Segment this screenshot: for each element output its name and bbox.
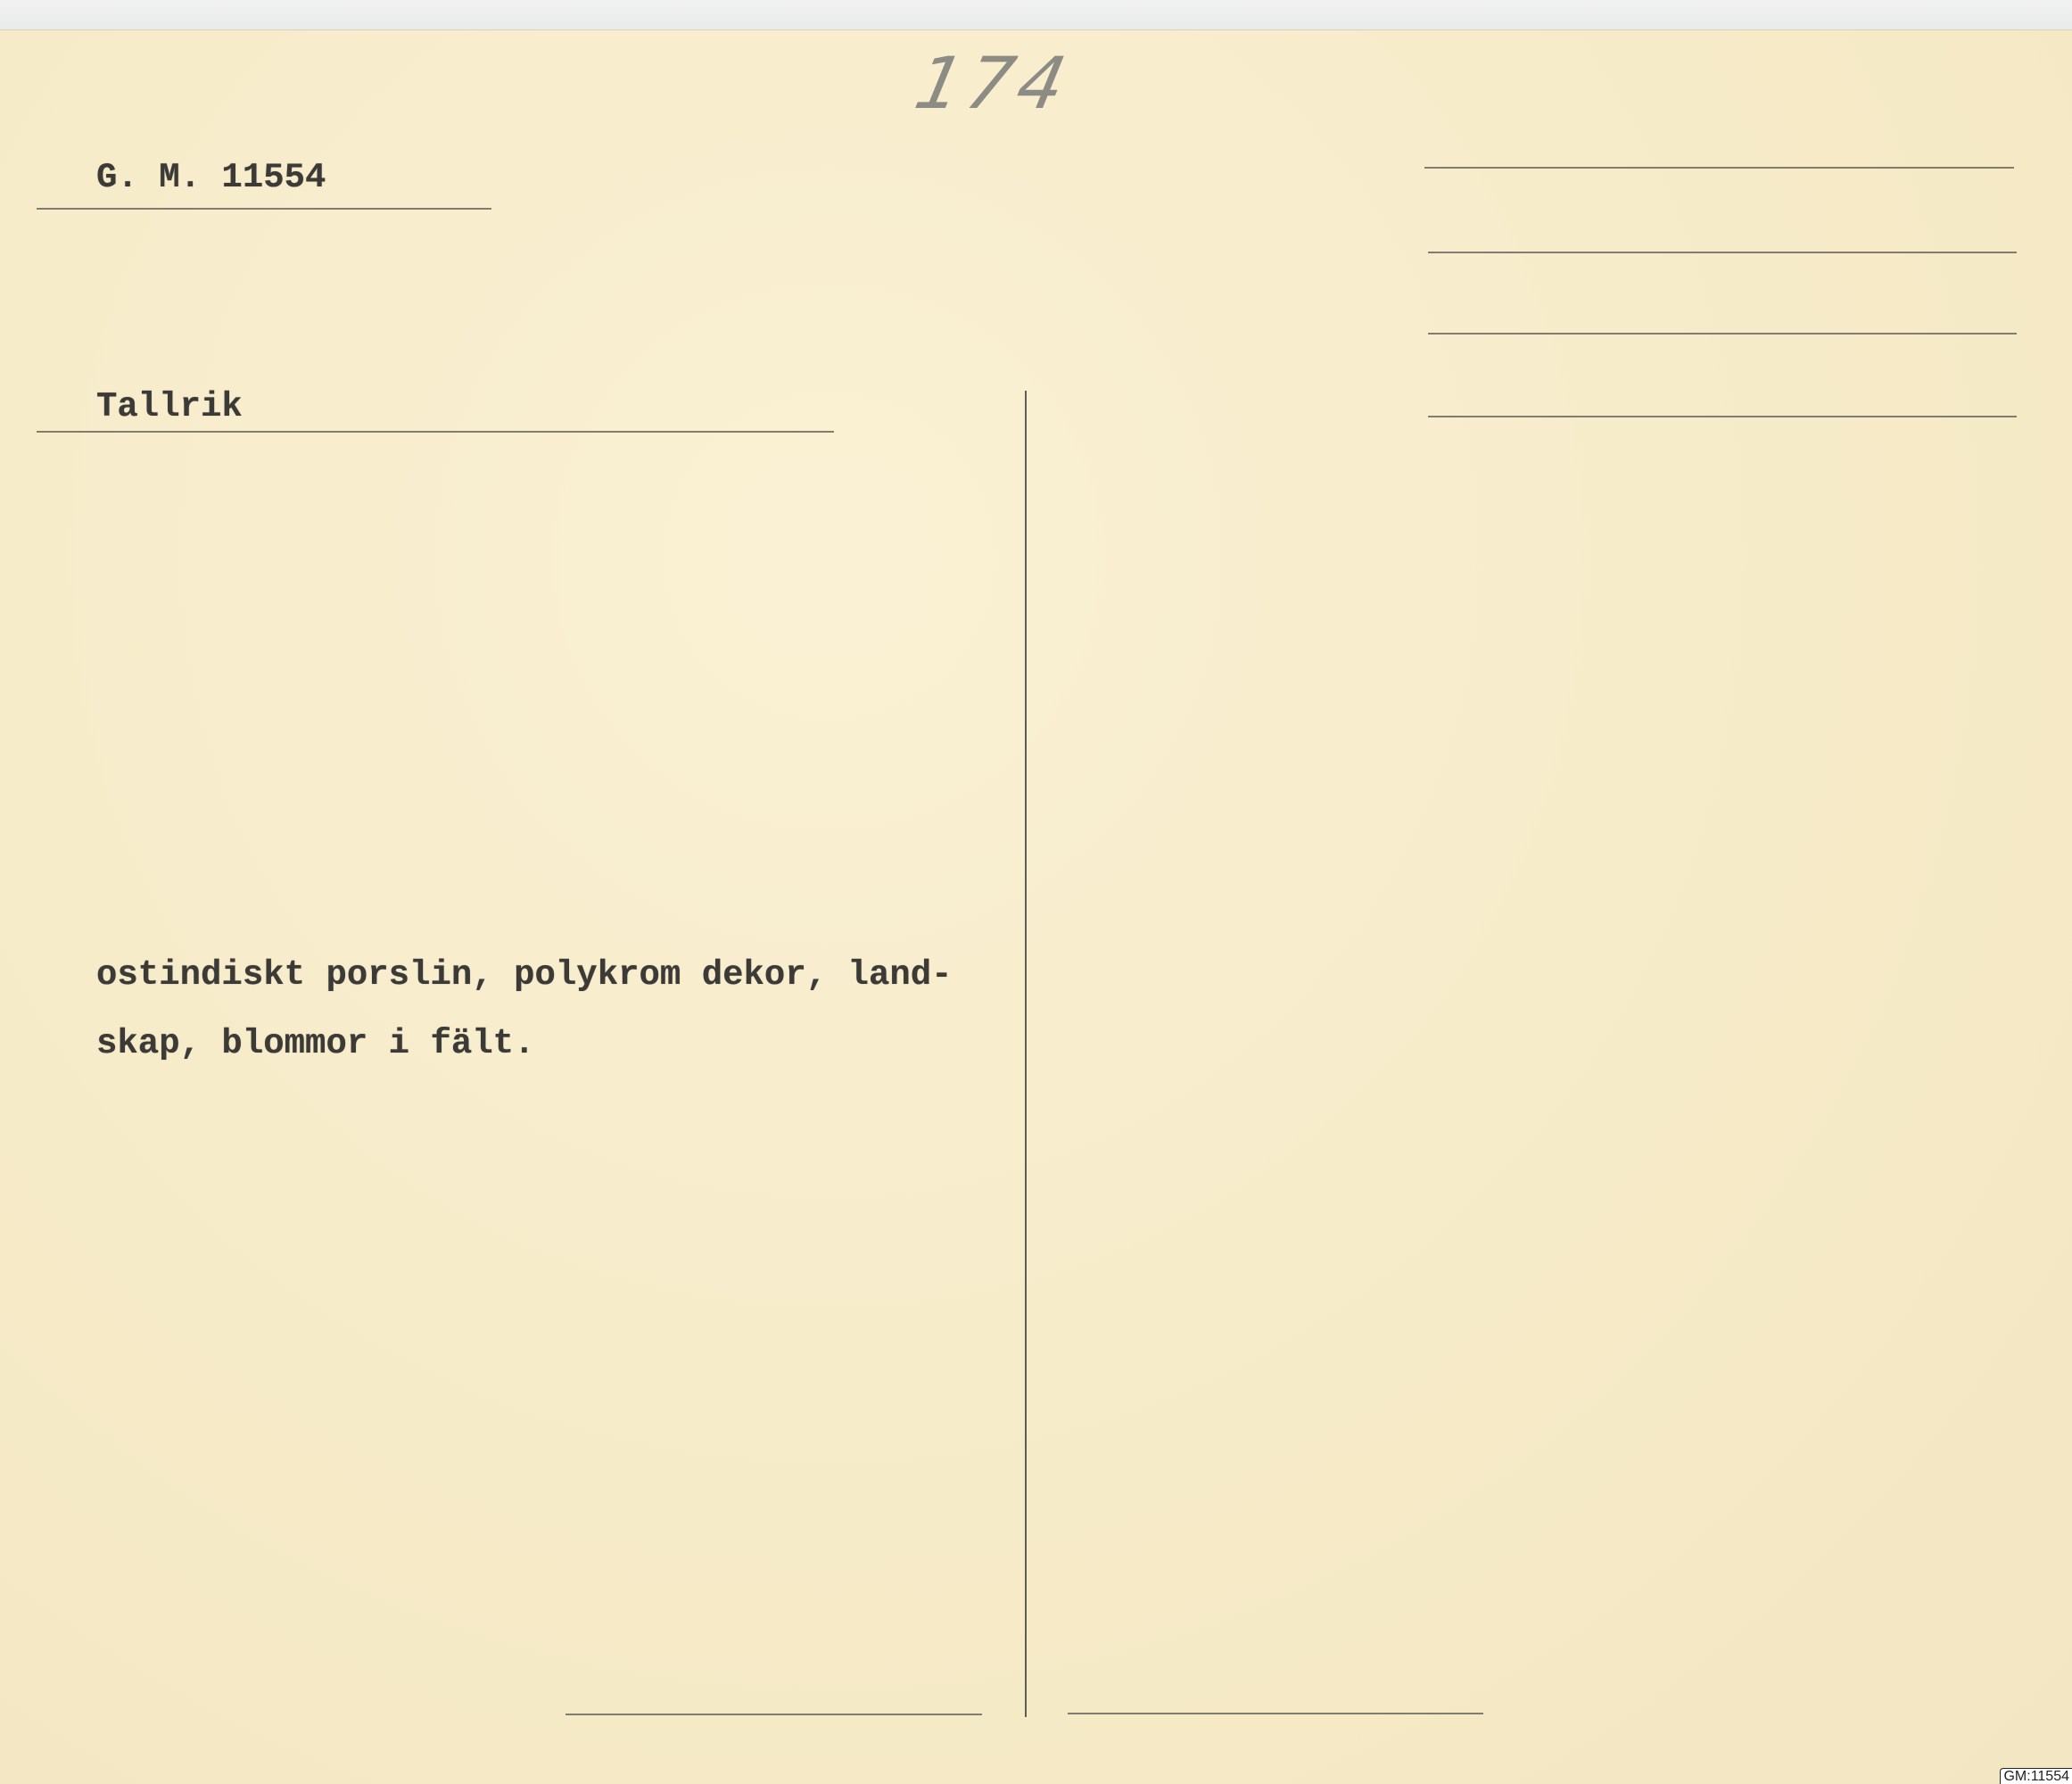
object-name-rule xyxy=(37,431,834,433)
image-id-stamp: GM:11554 xyxy=(2000,1768,2072,1784)
bottom-left-rule xyxy=(565,1714,982,1715)
bottom-right-rule xyxy=(1068,1713,1483,1714)
description-line-2: skap, blommor i fält. xyxy=(96,1027,534,1061)
right-field-rule-4 xyxy=(1428,416,2017,417)
description-line-1: ostindiskt porslin, polykrom dekor, land… xyxy=(96,958,953,993)
right-field-rule-2 xyxy=(1428,252,2017,253)
right-field-rule-3 xyxy=(1428,333,2017,334)
column-divider xyxy=(1025,391,1027,1717)
catalog-card: 174 G. M. 11554 Tallrik ostindiskt porsl… xyxy=(0,29,2072,1784)
inventory-number: G. M. 11554 xyxy=(96,161,326,195)
inventory-number-rule xyxy=(37,208,491,210)
scanner-background-strip xyxy=(0,0,2072,29)
object-name: Tallrik xyxy=(96,390,243,425)
handwritten-page-number: 174 xyxy=(909,48,1077,120)
right-field-rule-1 xyxy=(1424,167,2014,169)
